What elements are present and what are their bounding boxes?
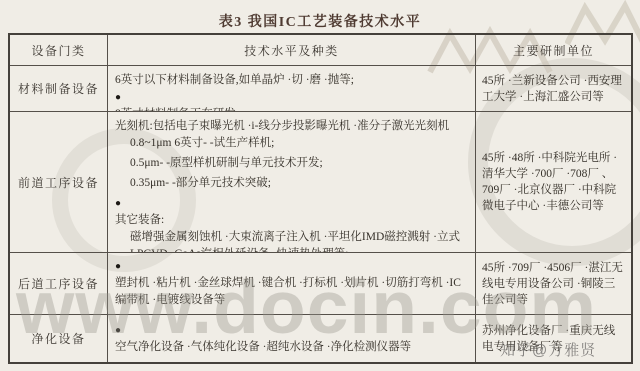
item-line: 0.35μm- -部分单元技术突破; (115, 175, 470, 192)
unit-text: 45所 ·兰新设备公司 ·西安理工大学 ·上海汇盛公司等 (482, 73, 625, 105)
units-cell: 45所 ·兰新设备公司 ·西安理工大学 ·上海汇盛公司等 (475, 65, 631, 111)
item-line: 磁增强金属刻蚀机 ·大束流离子注入机 ·平坦化IMD磁控溅射 ·立式LPCVD … (115, 229, 470, 252)
page-title: 表3 我国IC工艺装备技术水平 (0, 11, 640, 31)
items-cell: ●光刻机:包括电子束曝光机 ·i-线分步投影曝光机 ·准分子激光光刻机0.8~1… (107, 111, 475, 252)
items-cell: ●6英寸以下材料制备设备,如单晶炉 ·切 ·磨 ·抛等;●8英寸材料制备正在研发… (107, 65, 475, 111)
item-line: 0.5μm- -原型样机研制与单元技术开发; (115, 155, 470, 172)
unit-text: 45所 ·48所 ·中科院光电所 ·清华大学 ·700厂 ·708厂 、 (482, 150, 625, 182)
category-cell: 前道工序设备 (10, 111, 107, 252)
watermark-zhihu: 知乎@方雅贤 (500, 339, 596, 360)
item-line: ●8英寸材料制备正在研发; (115, 89, 470, 112)
item-line: ●光刻机:包括电子束曝光机 ·i-线分步投影曝光机 ·准分子激光光刻机 (115, 111, 470, 135)
bullet-icon: ● (115, 195, 468, 212)
item-text: 6英寸以下材料制备设备,如单晶炉 ·切 ·磨 ·抛等; (115, 72, 470, 89)
item-text: 0.35μm- -部分单元技术突破; (130, 175, 470, 192)
header-cell-category: 设备门类 (10, 35, 107, 65)
item-line: 0.8~1μm 6英寸- -试生产样机; (115, 135, 470, 152)
bullet-icon: ● (115, 89, 468, 106)
item-text: 其它装备: (115, 212, 470, 229)
category-cell: 材料制备设备 (10, 65, 107, 111)
item-line: ●其它装备: (115, 195, 470, 229)
header-cell-units: 主要研制单位 (475, 35, 631, 65)
item-text: 光刻机:包括电子束曝光机 ·i-线分步投影曝光机 ·准分子激光光刻机 (115, 118, 470, 135)
unit-text: 709厂 ·北京仪器厂 ·中科院微电子中心 ·丰德公司等 (482, 182, 625, 214)
item-text: 0.5μm- -原型样机研制与单元技术开发; (130, 155, 470, 172)
units-cell: 45所 ·48所 ·中科院光电所 ·清华大学 ·700厂 ·708厂 、709厂… (475, 111, 631, 252)
item-line: ●6英寸以下材料制备设备,如单晶炉 ·切 ·磨 ·抛等; (115, 65, 470, 89)
item-text: 磁增强金属刻蚀机 ·大束流离子注入机 ·平坦化IMD磁控溅射 ·立式LPCVD … (130, 229, 470, 252)
bullet-icon: ● (115, 111, 468, 118)
header-cell-tech-level: 技术水平及种类 (107, 35, 475, 65)
item-text: 0.8~1μm 6英寸- -试生产样机; (130, 135, 470, 152)
watermark-docin-text: www.docin.com (16, 264, 597, 350)
